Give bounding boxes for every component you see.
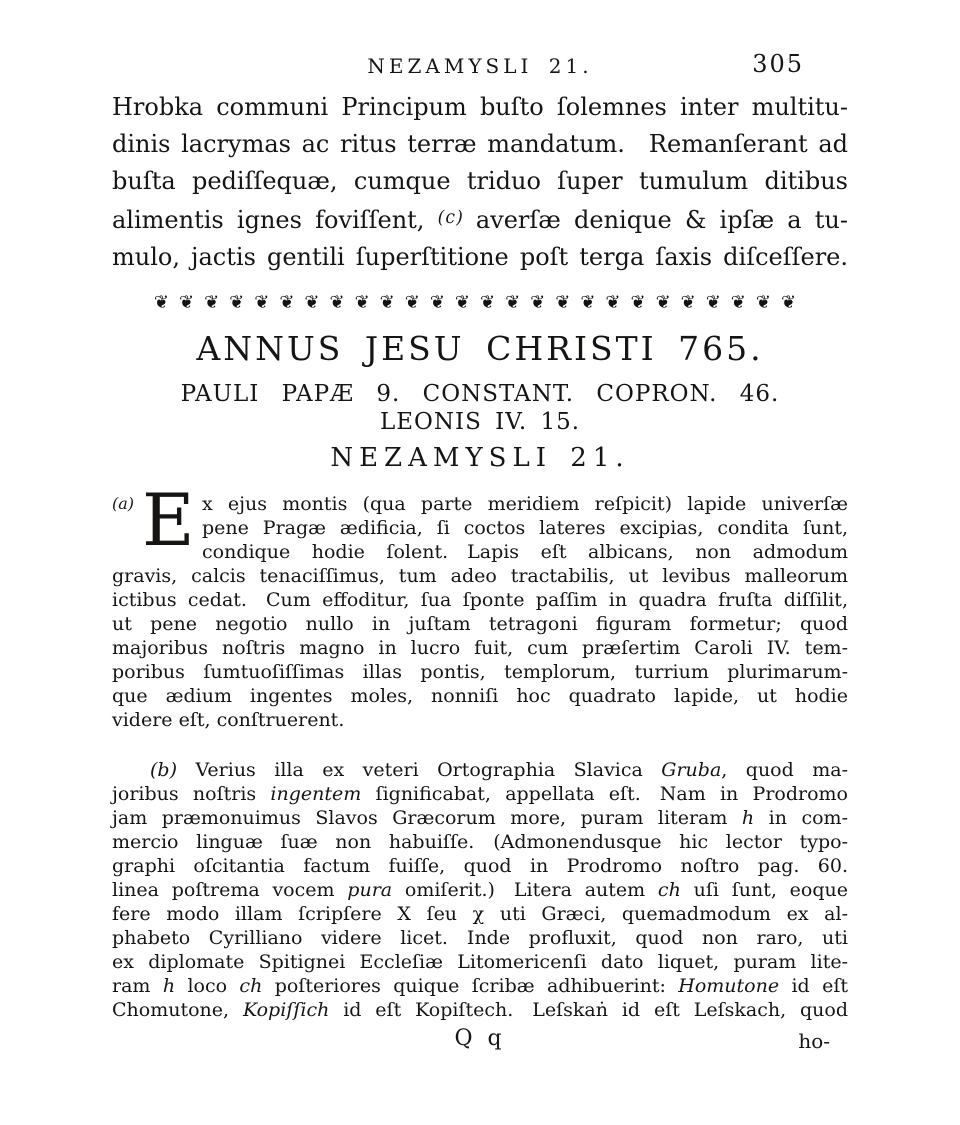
text-segment: condique hodie ſolent. Lapis eſt albican… xyxy=(202,541,848,563)
text-line: poribus ſumtuoſiſſimas illas pontis, tem… xyxy=(112,660,848,684)
text-segment: que ædium ingentes moles, nonniſi hoc qu… xyxy=(112,685,848,707)
footnote-marker-a: (a) xyxy=(112,492,142,562)
emphasized-text: pura xyxy=(347,879,392,901)
text-segment: fere modo illam ſcripſere X ſeu χ uti Gr… xyxy=(112,903,848,925)
text-segment: id eſt Kopiſtech. Leſskaṅ id eſt Leſskac… xyxy=(329,999,848,1021)
rulers-heading-line-1: PAULI PAPÆ 9. CONSTANT. COPRON. 46. xyxy=(112,381,848,408)
catchword: ho- xyxy=(798,1026,830,1056)
text-segment: majoribus noſtris magno in lucro fuit, c… xyxy=(112,637,848,659)
text-segment: Hrobka communi Principum buſto ſolemnes … xyxy=(112,93,848,121)
emphasized-text: ingentem xyxy=(270,783,361,805)
text-line: graphi oſcitantia factum fuiſſe, quod in… xyxy=(112,854,848,878)
text-segment: mulo, jactis gentili ſuperſtitione poſt … xyxy=(112,243,848,271)
text-line: ut pene negotio nullo in juſtam tetragon… xyxy=(112,612,848,636)
emphasized-text: Homutone xyxy=(678,975,779,997)
text-segment: , quod ma- xyxy=(721,759,848,781)
text-line: alimentis ignes foviſſent, (c) averſæ de… xyxy=(112,200,848,239)
text-segment: uſi ſunt, eoque xyxy=(681,879,848,901)
running-header: NEZAMYSLI 21. xyxy=(367,54,592,78)
section-heading: NEZAMYSLI 21. xyxy=(112,442,848,474)
emphasized-text: ch xyxy=(239,975,262,997)
signature-mark: Q q xyxy=(454,1026,505,1051)
text-segment: alimentis ignes foviſſent, xyxy=(112,206,438,234)
text-line: videre eſt, conſtruerent. xyxy=(112,708,848,732)
page-number: 305 xyxy=(752,50,804,78)
text-segment: in com- xyxy=(754,807,848,829)
page-header: NEZAMYSLI 21. 305 xyxy=(112,0,848,78)
text-line: condique hodie ſolent. Lapis eſt albican… xyxy=(112,540,848,564)
text-segment: id eſt xyxy=(779,975,848,997)
text-line: ex diplomate Spitignei Eccleſiæ Litomeri… xyxy=(112,950,848,974)
emphasized-text: Kopiſſich xyxy=(243,999,329,1021)
text-line: mercio linguæ ſuæ non habuiſſe. (Admonen… xyxy=(112,830,848,854)
text-segment: loco xyxy=(175,975,239,997)
text-line: ram h loco ch poſteriores quique ſcribæ … xyxy=(112,974,848,998)
text-line: que ædium ingentes moles, nonniſi hoc qu… xyxy=(112,684,848,708)
text-line: jam præmonuimus Slavos Græcorum more, pu… xyxy=(112,806,848,830)
year-heading: ANNUS JESU CHRISTI 765. xyxy=(112,328,848,370)
book-page-scan: NEZAMYSLI 21. 305 Hrobka communi Princip… xyxy=(0,0,960,1125)
fleuron-divider: ❦❦❦❦❦❦❦❦❦❦❦❦❦❦❦❦❦❦❦❦❦❦❦❦❦❦ xyxy=(112,291,848,315)
text-segment: ictibus cedat. Cum effoditur, ſua ſponte… xyxy=(112,589,848,611)
text-segment: poſteriores quique ſcribæ adhibuerint: xyxy=(262,975,678,997)
emphasized-text: (b) xyxy=(150,759,177,781)
text-line: fere modo illam ſcripſere X ſeu χ uti Gr… xyxy=(112,902,848,926)
text-segment: linea poſtrema vocem xyxy=(112,879,347,901)
signature-row: Q q ho- xyxy=(112,1024,848,1054)
emphasized-text: (c) xyxy=(438,208,464,228)
text-block: NEZAMYSLI 21. 305 Hrobka communi Princip… xyxy=(112,0,848,1054)
text-segment: x ejus montis (qua parte meridiem reſpic… xyxy=(202,493,848,515)
text-segment: joribus noſtris xyxy=(112,783,270,805)
text-line: buſta pediſſequæ, cumque triduo ſuper tu… xyxy=(112,163,848,200)
text-segment: Verius illa ex veteri Ortographia Slavic… xyxy=(177,759,661,781)
text-line: majoribus noſtris magno in lucro fuit, c… xyxy=(112,636,848,660)
footnote-b: (b) Verius illa ex veteri Ortographia Sl… xyxy=(112,758,848,1022)
footnote-a-text: x ejus montis (qua parte meridiem reſpic… xyxy=(112,492,848,732)
text-line: pene Pragæ ædificia, ſi coctos lateres e… xyxy=(112,516,848,540)
text-segment: gravis, calcis tenaciſſimus, tum adeo tr… xyxy=(112,565,848,587)
footnote-b-text: (b) Verius illa ex veteri Ortographia Sl… xyxy=(112,758,848,1022)
text-line: Chomutone, Kopiſſich id eſt Kopiſtech. L… xyxy=(112,998,848,1022)
dropcap-letter: E xyxy=(142,490,195,562)
emphasized-text: Gruba xyxy=(661,759,721,781)
text-segment: ram xyxy=(112,975,163,997)
emphasized-text: ch xyxy=(658,879,681,901)
rulers-heading-line-2: LEONIS IV. 15. xyxy=(112,409,848,436)
text-line: linea poſtrema vocem pura omiſerit.) Lit… xyxy=(112,878,848,902)
emphasized-text: h xyxy=(163,975,175,997)
text-segment: videre eſt, conſtruerent. xyxy=(112,709,344,731)
text-segment: mercio linguæ ſuæ non habuiſſe. (Admonen… xyxy=(112,831,848,853)
text-segment: poribus ſumtuoſiſſimas illas pontis, tem… xyxy=(112,661,848,683)
text-segment: buſta pediſſequæ, cumque triduo ſuper tu… xyxy=(112,167,848,195)
text-segment: Chomutone, xyxy=(112,999,243,1021)
text-line: Hrobka communi Principum buſto ſolemnes … xyxy=(112,89,848,126)
text-segment: omiſerit.) Litera autem xyxy=(392,879,658,901)
text-line: mulo, jactis gentili ſuperſtitione poſt … xyxy=(112,239,848,276)
text-line: dinis lacrymas ac ritus terræ mandatum. … xyxy=(112,126,848,163)
footnote-a: (a) E x ejus montis (qua parte meridiem … xyxy=(112,492,848,732)
text-segment: phabeto Cyrilliano videre licet. Inde pr… xyxy=(112,927,848,949)
text-segment: graphi oſcitantia factum fuiſſe, quod in… xyxy=(112,855,848,877)
text-line: gravis, calcis tenaciſſimus, tum adeo tr… xyxy=(112,564,848,588)
text-line: (b) Verius illa ex veteri Ortographia Sl… xyxy=(112,758,848,782)
text-segment: jam præmonuimus Slavos Græcorum more, pu… xyxy=(112,807,742,829)
text-line: ictibus cedat. Cum effoditur, ſua ſponte… xyxy=(112,588,848,612)
text-segment: ſignificabat, appellata eſt. Nam in Prod… xyxy=(361,783,848,805)
text-segment: ut pene negotio nullo in juſtam tetragon… xyxy=(112,613,848,635)
text-line: phabeto Cyrilliano videre licet. Inde pr… xyxy=(112,926,848,950)
emphasized-text: h xyxy=(742,807,754,829)
text-line: joribus noſtris ingentem ſignificabat, a… xyxy=(112,782,848,806)
text-segment: ex diplomate Spitignei Eccleſiæ Litomeri… xyxy=(112,951,848,973)
main-paragraph: Hrobka communi Principum buſto ſolemnes … xyxy=(112,89,848,276)
text-segment: averſæ denique & ipſæ a tu- xyxy=(464,206,848,234)
footnote-a-lead: (a) E xyxy=(112,492,202,562)
text-segment: dinis lacrymas ac ritus terræ mandatum. … xyxy=(112,130,848,158)
text-segment: pene Pragæ ædificia, ſi coctos lateres e… xyxy=(202,517,848,539)
text-line: x ejus montis (qua parte meridiem reſpic… xyxy=(112,492,848,516)
